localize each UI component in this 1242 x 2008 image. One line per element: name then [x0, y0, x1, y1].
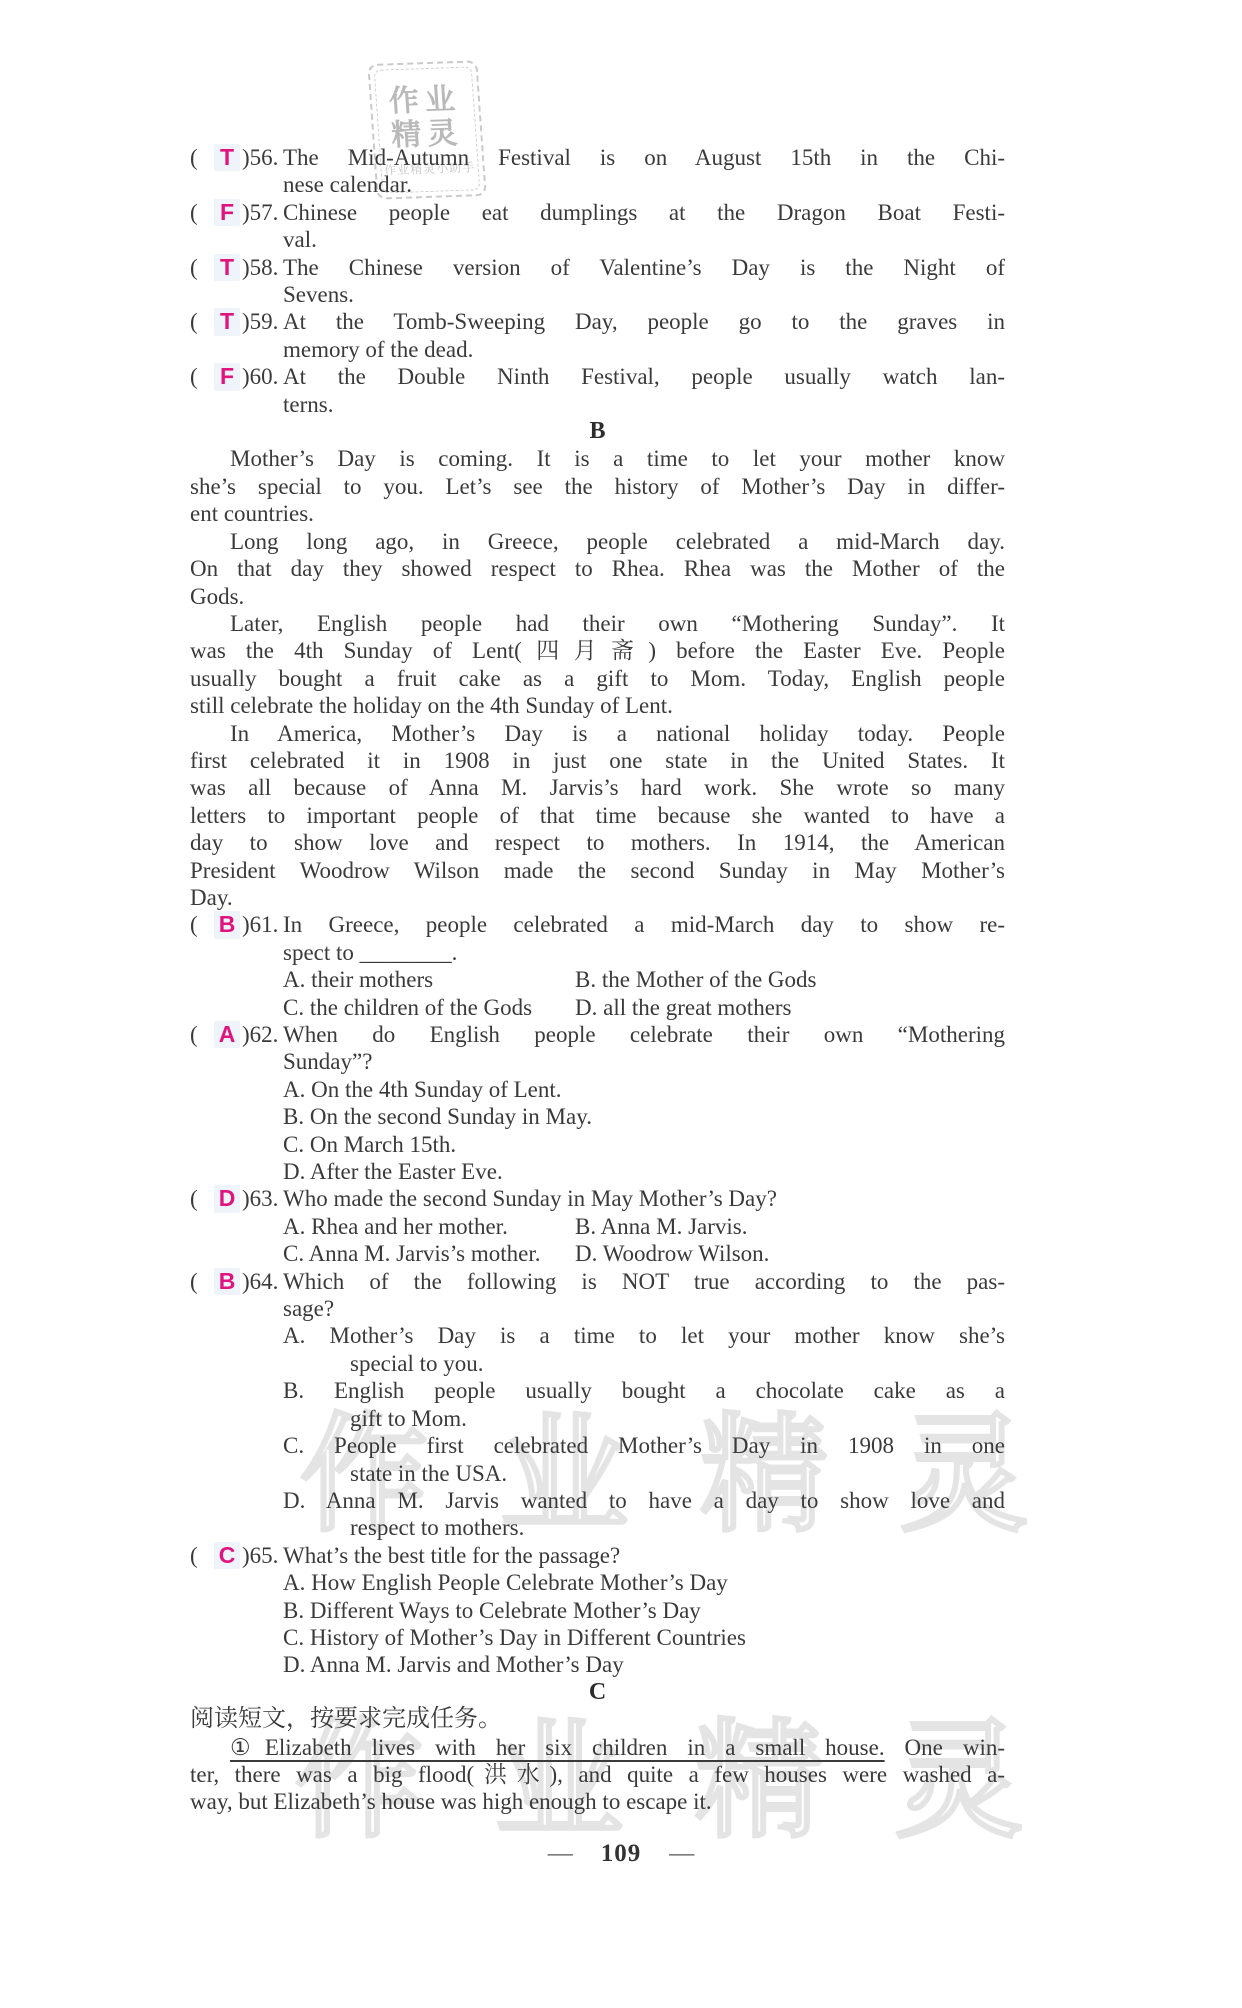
- text-line: The Chinese version of Valentine’s Day i…: [283, 254, 1005, 281]
- text-line: In Greece, people celebrated a mid-March…: [283, 911, 1005, 938]
- text-line: A. How English People Celebrate Mother’s…: [283, 1569, 1005, 1596]
- text-segment: One win-: [885, 1735, 1005, 1760]
- true-false-item: (F)57.Chinese people eat dumplings at th…: [190, 199, 1005, 254]
- option: D. Woodrow Wilson.: [575, 1241, 769, 1266]
- text-line: was the 4th Sunday of Lent(四月斋) before t…: [190, 637, 1005, 664]
- page-footer: —109—: [0, 1840, 1242, 1868]
- question-body: Who made the second Sunday in May Mother…: [283, 1185, 1005, 1267]
- text-line: What’s the best title for the passage?: [283, 1542, 1005, 1569]
- text-line: C. History of Mother’s Day in Different …: [283, 1624, 1005, 1651]
- text-line: Sevens.: [283, 281, 1005, 308]
- answer-marker: (D)63.: [190, 1185, 283, 1212]
- paren-close-number: )56.: [240, 144, 283, 171]
- question-body: At the Tomb-Sweeping Day, people go to t…: [283, 308, 1005, 363]
- text-line: Gods.: [190, 583, 1005, 610]
- paren-open: (: [190, 254, 214, 281]
- paren-close-number: )63.: [240, 1185, 283, 1212]
- answer-letter: A: [214, 1021, 240, 1048]
- choice-question: (A)62.When do English people celebrate t…: [190, 1021, 1005, 1185]
- text-line: ①Elizabeth lives with her six children i…: [190, 1734, 1005, 1761]
- text-line: At the Tomb-Sweeping Day, people go to t…: [283, 308, 1005, 335]
- page-number: 109: [601, 1840, 642, 1867]
- paren-close-number: )65.: [240, 1542, 283, 1569]
- option: C. Anna M. Jarvis’s mother.: [283, 1240, 575, 1267]
- paren-open: (: [190, 308, 214, 335]
- answer-marker: (F)60.: [190, 363, 283, 390]
- option: B. the Mother of the Gods: [575, 967, 816, 992]
- answer-letter: F: [214, 363, 240, 390]
- answer-letter: C: [214, 1542, 240, 1569]
- true-false-item: (T)56.The Mid-Autumn Festival is on Augu…: [190, 144, 1005, 199]
- answer-letter: B: [214, 911, 240, 938]
- section-header: C: [190, 1679, 1005, 1706]
- paren-close-number: )64.: [240, 1268, 283, 1295]
- paragraph: In America, Mother’s Day is a national h…: [190, 720, 1005, 912]
- workbook-page: 作业 精灵 作业精灵小助手 作业精灵 作业精灵 (T)56.The Mid-Au…: [0, 0, 1242, 2008]
- text-line: val.: [283, 226, 1005, 253]
- text-line: B. On the second Sunday in May.: [283, 1103, 1005, 1130]
- text-line: way, but Elizabeth’s house was high enou…: [190, 1788, 1005, 1815]
- choice-question: (B)64.Which of the following is NOT true…: [190, 1268, 1005, 1542]
- stamp-text-line1: 作业: [388, 82, 462, 118]
- text-line: day to show love and respect to mothers.…: [190, 829, 1005, 856]
- text-line: Long long ago, in Greece, people celebra…: [190, 528, 1005, 555]
- answer-marker: (C)65.: [190, 1542, 283, 1569]
- choice-question: (C)65.What’s the best title for the pass…: [190, 1542, 1005, 1679]
- paragraph: Long long ago, in Greece, people celebra…: [190, 528, 1005, 610]
- text-line: B. Different Ways to Celebrate Mother’s …: [283, 1597, 1005, 1624]
- true-false-item: (F)60.At the Double Ninth Festival, peop…: [190, 363, 1005, 418]
- true-false-item: (T)58.The Chinese version of Valentine’s…: [190, 254, 1005, 309]
- text-line: ter, there was a big flood(洪水), and quit…: [190, 1761, 1005, 1788]
- paren-close-number: )61.: [240, 911, 283, 938]
- text-line: was all because of Anna M. Jarvis’s hard…: [190, 774, 1005, 801]
- text-line: A. On the 4th Sunday of Lent.: [283, 1076, 1005, 1103]
- answer-marker: (F)57.: [190, 199, 283, 226]
- text-line: ent countries.: [190, 500, 1005, 527]
- answer-letter: T: [214, 144, 240, 171]
- option: A. their mothers: [283, 966, 575, 993]
- paren-open: (: [190, 1542, 214, 1569]
- text-line: D. Anna M. Jarvis wanted to have a day t…: [283, 1487, 1005, 1514]
- text-line: letters to important people of that time…: [190, 802, 1005, 829]
- paren-open: (: [190, 1021, 214, 1048]
- footer-dash: —: [548, 1840, 573, 1867]
- text-line: C. People first celebrated Mother’s Day …: [283, 1432, 1005, 1459]
- paren-close-number: )57.: [240, 199, 283, 226]
- text-line: At the Double Ninth Festival, people usu…: [283, 363, 1005, 390]
- text-line: Chinese people eat dumplings at the Drag…: [283, 199, 1005, 226]
- text-line: spect to ________.: [283, 939, 1005, 966]
- answer-marker: (A)62.: [190, 1021, 283, 1048]
- text-line: usually bought a fruit cake as a gift to…: [190, 665, 1005, 692]
- paren-open: (: [190, 1185, 214, 1212]
- text-line: Sunday”?: [283, 1048, 1005, 1075]
- footer-dash: —: [669, 1840, 694, 1867]
- paren-close-number: )62.: [240, 1021, 283, 1048]
- section-header: B: [190, 418, 1005, 445]
- paren-open: (: [190, 144, 214, 171]
- paren-close-number: )59.: [240, 308, 283, 335]
- option-row: A. their mothersB. the Mother of the God…: [283, 966, 1005, 993]
- text-line: Who made the second Sunday in May Mother…: [283, 1185, 1005, 1212]
- text-line: Mother’s Day is coming. It is a time to …: [190, 445, 1005, 472]
- text-line: President Woodrow Wilson made the second…: [190, 857, 1005, 884]
- option-row: C. Anna M. Jarvis’s mother.D. Woodrow Wi…: [283, 1240, 1005, 1267]
- text-line: Day.: [190, 884, 1005, 911]
- question-body: The Chinese version of Valentine’s Day i…: [283, 254, 1005, 309]
- question-body: In Greece, people celebrated a mid-March…: [283, 911, 1005, 1021]
- paren-open: (: [190, 1268, 214, 1295]
- text-line: A. Mother’s Day is a time to let your mo…: [283, 1322, 1005, 1349]
- answer-marker: (T)56.: [190, 144, 283, 171]
- text-line: still celebrate the holiday on the 4th S…: [190, 692, 1005, 719]
- text-line: gift to Mom.: [283, 1405, 1005, 1432]
- text-line: memory of the dead.: [283, 336, 1005, 363]
- answer-letter: T: [214, 308, 240, 335]
- text-line: D. After the Easter Eve.: [283, 1158, 1005, 1185]
- paren-open: (: [190, 363, 214, 390]
- option: A. Rhea and her mother.: [283, 1213, 575, 1240]
- text-line: When do English people celebrate their o…: [283, 1021, 1005, 1048]
- answer-letter: F: [214, 199, 240, 226]
- answer-letter: D: [214, 1185, 240, 1212]
- text-line: terns.: [283, 391, 1005, 418]
- text-line: In America, Mother’s Day is a national h…: [190, 720, 1005, 747]
- option: B. Anna M. Jarvis.: [575, 1214, 748, 1239]
- paragraph: Mother’s Day is coming. It is a time to …: [190, 445, 1005, 527]
- answer-marker: (B)61.: [190, 911, 283, 938]
- text-line: first celebrated it in 1908 in just one …: [190, 747, 1005, 774]
- answer-marker: (B)64.: [190, 1268, 283, 1295]
- text-line: state in the USA.: [283, 1460, 1005, 1487]
- content-flow: (T)56.The Mid-Autumn Festival is on Augu…: [190, 144, 1005, 1816]
- text-line: respect to mothers.: [283, 1514, 1005, 1541]
- question-body: Chinese people eat dumplings at the Drag…: [283, 199, 1005, 254]
- question-body: At the Double Ninth Festival, people usu…: [283, 363, 1005, 418]
- text-line: The Mid-Autumn Festival is on August 15t…: [283, 144, 1005, 171]
- text-line: Later, English people had their own “Mot…: [190, 610, 1005, 637]
- underlined-sentence: ①Elizabeth lives with her six children i…: [230, 1735, 885, 1760]
- question-body: What’s the best title for the passage?A.…: [283, 1542, 1005, 1679]
- option-row: C. the children of the GodsD. all the gr…: [283, 994, 1005, 1021]
- paragraph: ①Elizabeth lives with her six children i…: [190, 1734, 1005, 1816]
- paren-open: (: [190, 199, 214, 226]
- paragraph: Later, English people had their own “Mot…: [190, 610, 1005, 720]
- text-line: C. On March 15th.: [283, 1131, 1005, 1158]
- question-body: Which of the following is NOT true accor…: [283, 1268, 1005, 1542]
- answer-marker: (T)58.: [190, 254, 283, 281]
- text-line: special to you.: [283, 1350, 1005, 1377]
- option-row: A. Rhea and her mother.B. Anna M. Jarvis…: [283, 1213, 1005, 1240]
- paren-close-number: )60.: [240, 363, 283, 390]
- question-body: The Mid-Autumn Festival is on August 15t…: [283, 144, 1005, 199]
- text-line: D. Anna M. Jarvis and Mother’s Day: [283, 1651, 1005, 1678]
- question-body: When do English people celebrate their o…: [283, 1021, 1005, 1185]
- text-line: On that day they showed respect to Rhea.…: [190, 555, 1005, 582]
- text-line: B. English people usually bought a choco…: [283, 1377, 1005, 1404]
- choice-question: (B)61.In Greece, people celebrated a mid…: [190, 911, 1005, 1021]
- answer-letter: T: [214, 254, 240, 281]
- option: C. the children of the Gods: [283, 994, 575, 1021]
- choice-question: (D)63.Who made the second Sunday in May …: [190, 1185, 1005, 1267]
- true-false-item: (T)59.At the Tomb-Sweeping Day, people g…: [190, 308, 1005, 363]
- text-line: Which of the following is NOT true accor…: [283, 1268, 1005, 1295]
- instruction-line: 阅读短文，按要求完成任务。: [190, 1706, 1005, 1733]
- paren-open: (: [190, 911, 214, 938]
- paren-close-number: )58.: [240, 254, 283, 281]
- text-line: she’s special to you. Let’s see the hist…: [190, 473, 1005, 500]
- text-line: nese calendar.: [283, 171, 1005, 198]
- answer-letter: B: [214, 1268, 240, 1295]
- option: D. all the great mothers: [575, 995, 792, 1020]
- text-line: sage?: [283, 1295, 1005, 1322]
- answer-marker: (T)59.: [190, 308, 283, 335]
